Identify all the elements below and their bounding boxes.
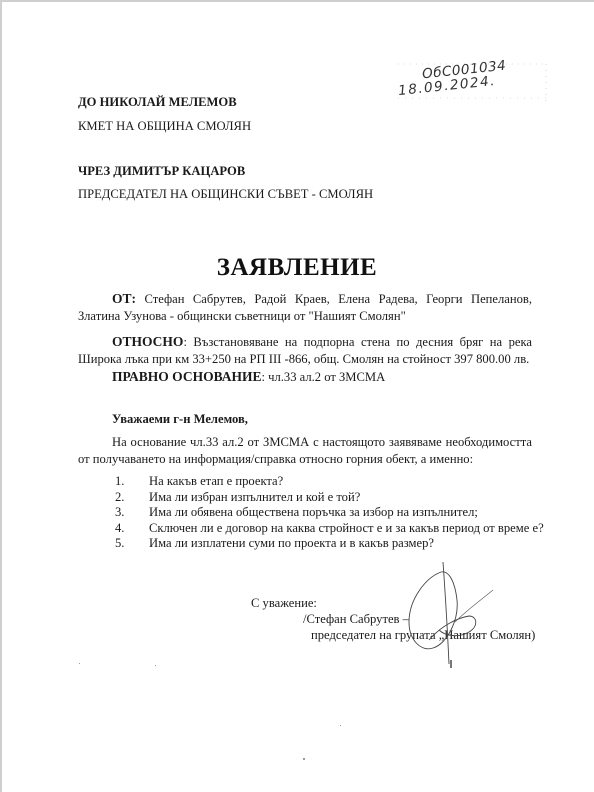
- salutation: Уважаеми г-н Мелемов,: [112, 412, 248, 427]
- via-name: ЧРЕЗ ДИМИТЪР КАЦАРОВ: [78, 164, 245, 179]
- questions-list: 1.На какъв етап е проекта? 2.Има ли избр…: [115, 474, 544, 552]
- subject-label: ОТНОСНО: [112, 334, 183, 349]
- question-text: Има ли изплатени суми по проекта и в как…: [149, 536, 434, 550]
- question-item: 5.Има ли изплатени суми по проекта и в к…: [115, 536, 544, 552]
- question-number: 5.: [115, 536, 149, 552]
- scan-speck: [340, 725, 341, 726]
- via-role: ПРЕДСЕДАТЕЛ НА ОБЩИНСКИ СЪВЕТ - СМОЛЯН: [78, 187, 373, 202]
- page-border-left: [0, 0, 2, 792]
- scan-speck: [303, 758, 305, 760]
- registration-stamp: ОбС001034 18.09.2024.: [398, 62, 548, 104]
- question-text: Има ли избран изпълнител и кой е той?: [149, 490, 360, 504]
- subject-paragraph: ОТНОСНО: Възстановяване на подпорна стен…: [78, 333, 532, 368]
- page-border-top: [0, 0, 594, 2]
- legal-basis-paragraph: ПРАВНО ОСНОВАНИЕ: чл.33 ал.2 от ЗМСМА: [78, 368, 532, 386]
- question-text: На какъв етап е проекта?: [149, 474, 283, 488]
- document-title: ЗАЯВЛЕНИЕ: [0, 254, 594, 282]
- signer-name: /Стефан Сабрутев –: [303, 612, 409, 627]
- question-item: 2.Има ли избран изпълнител и кой е той?: [115, 490, 544, 506]
- question-item: 4.Сключен ли е договор на каква стройнос…: [115, 521, 544, 537]
- scan-speck: [155, 665, 156, 666]
- question-number: 3.: [115, 505, 149, 521]
- from-text: Стефан Сабрутев, Радой Краев, Елена Раде…: [78, 292, 532, 323]
- question-number: 2.: [115, 490, 149, 506]
- scan-speck: [450, 660, 452, 668]
- from-label: ОТ:: [112, 291, 136, 306]
- addressee-role: КМЕТ НА ОБЩИНА СМОЛЯН: [78, 119, 251, 134]
- closing-regards: С уважение:: [251, 596, 317, 611]
- question-item: 1.На какъв етап е проекта?: [115, 474, 544, 490]
- intro-text: На основание чл.33 ал.2 от ЗМСМА с насто…: [78, 435, 532, 466]
- question-number: 1.: [115, 474, 149, 490]
- legal-basis-label: ПРАВНО ОСНОВАНИЕ: [112, 369, 261, 384]
- question-text: Има ли обявена обществена поръчка за изб…: [149, 505, 478, 519]
- question-number: 4.: [115, 521, 149, 537]
- scan-speck: [79, 663, 80, 664]
- intro-paragraph: На основание чл.33 ал.2 от ЗМСМА с насто…: [78, 434, 532, 468]
- addressee-name: ДО НИКОЛАЙ МЕЛЕМОВ: [78, 95, 237, 110]
- signature-icon: [395, 560, 495, 665]
- question-text: Сключен ли е договор на каква стройност …: [149, 521, 544, 535]
- legal-basis-text: : чл.33 ал.2 от ЗМСМА: [261, 370, 385, 384]
- from-paragraph: ОТ: Стефан Сабрутев, Радой Краев, Елена …: [78, 290, 532, 325]
- question-item: 3.Има ли обявена обществена поръчка за и…: [115, 505, 544, 521]
